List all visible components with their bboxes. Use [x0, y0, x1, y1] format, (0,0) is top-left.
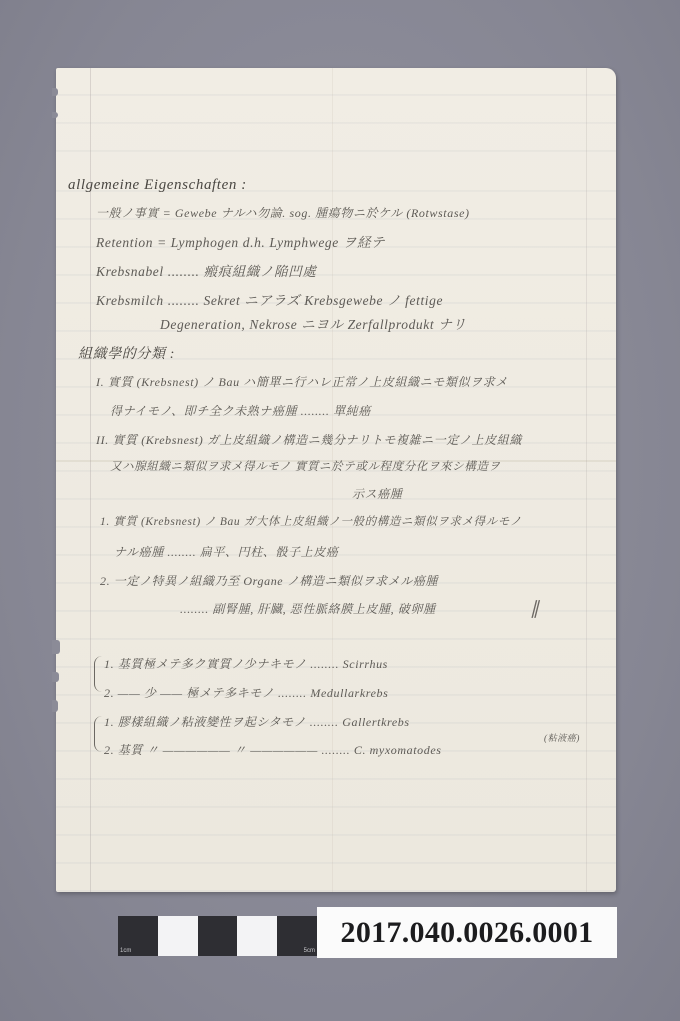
scale-bar: 1cm 5cm [118, 916, 317, 956]
handwritten-line: 2. 一定ノ特異ノ組織乃至 Organe ノ構造ニ類似ヲ求メル癌腫 [100, 575, 438, 587]
check-mark-icon: ∥ [530, 598, 539, 619]
accession-label: 2017.040.0026.0001 [317, 907, 617, 958]
scale-segment [198, 916, 238, 956]
handwritten-line: 示ス癌腫 [352, 488, 402, 500]
bracket-group-1 [94, 656, 103, 692]
torn-edge [52, 112, 58, 118]
handwritten-line: 又ハ腺組織ニ類似ヲ求メ得ルモノ 實質ニ於テ或ル程度分化ヲ來シ構造ヲ [110, 462, 501, 474]
scale-segment [237, 916, 277, 956]
handwritten-line: Degeneration, Nekrose ニヨル Zerfallprodukt… [160, 318, 466, 332]
handwritten-line: 1. 實質 (Krebsnest) ノ Bau ガ大体上皮組織ノ一般的構造ニ類似… [100, 517, 522, 529]
handwritten-line: Krebsmilch ........ Sekret ニアラズ Krebsgew… [96, 294, 443, 308]
handwritten-line: II. 實質 (Krebsnest) ガ上皮組織ノ構造ニ幾分ナリトモ複雑ニ一定ノ… [96, 434, 522, 446]
heading-histological-classification: 組織學的分類 : [78, 348, 175, 362]
handwritten-line: 1. 膠樣組織ノ粘液變性ヲ起シタモノ ........ Gallertkrebs [104, 716, 410, 728]
vertical-fold-crease [332, 68, 333, 892]
torn-edge [52, 88, 58, 96]
handwritten-line: 2. —— 少 —— 極メテ多キモノ ........ Medullarkreb… [104, 687, 388, 699]
scale-segment: 5cm [277, 916, 317, 956]
right-margin-rule [586, 68, 587, 892]
handwritten-line: ナル癌腫 ........ 扁平、円柱、骰子上皮癌 [114, 546, 338, 558]
scale-segment [158, 916, 198, 956]
handwritten-line: Krebsnabel ........ 瘢痕組織ノ陥凹處 [96, 265, 316, 279]
torn-edge [52, 640, 60, 654]
handwritten-line: 得ナイモノ、即チ全ク未熟ナ癌腫 ........ 單純癌 [110, 405, 371, 417]
scale-segment: 1cm [118, 916, 158, 956]
handwritten-line: ........ 副腎腫, 肝臓, 惡性脈絡膜上皮腫, 破卵腫 [180, 603, 436, 615]
margin-annotation: (粘液癌) [544, 734, 580, 743]
scale-label-1cm: 1cm [120, 948, 131, 954]
handwritten-line: 1. 基質極メテ多ク實質ノ少ナキモノ ........ Scirrhus [104, 658, 388, 670]
handwritten-line: 2. 基質 〃 —————— 〃 —————— ........ C. myxo… [104, 744, 442, 756]
torn-edge [52, 700, 58, 712]
handwritten-line: 一般ノ事實 = Gewebe ナルハ勿論. sog. 腫瘍物ニ於ケル (Rotw… [96, 207, 470, 219]
bracket-group-2 [94, 716, 103, 752]
accession-number: 2017.040.0026.0001 [341, 916, 594, 950]
handwritten-line: Retention = Lymphogen d.h. Lymphwege ヲ経テ [96, 236, 385, 250]
scale-label-5cm: 5cm [304, 948, 315, 954]
heading-allgemeine-eigenschaften: allgemeine Eigenschaften : [68, 178, 247, 193]
handwritten-line: I. 實質 (Krebsnest) ノ Bau ハ簡單ニ行ハレ正常ノ上皮組織ニモ… [96, 376, 508, 388]
torn-edge [52, 672, 59, 682]
